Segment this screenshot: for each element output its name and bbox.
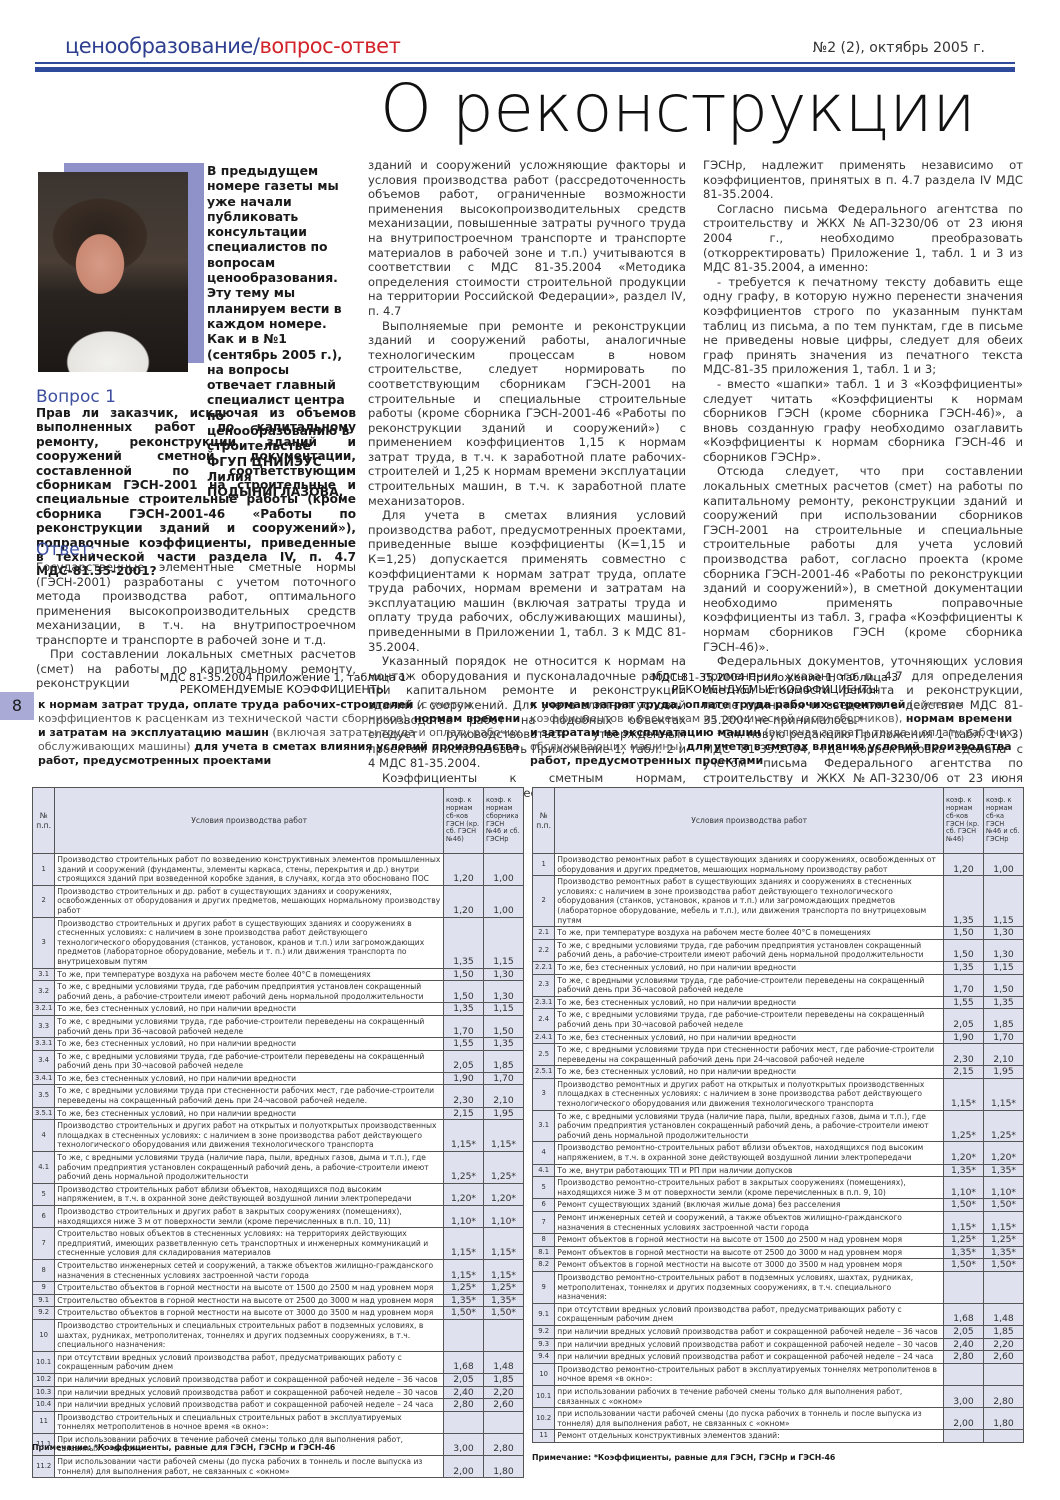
table-row: 2Производство строительных и др. работ в…: [33, 885, 524, 917]
row-coef-gesn: 2,30: [444, 1085, 484, 1107]
row-coef-gesn: 2,15: [444, 1107, 484, 1120]
subtitle-bold: к нормам затрат труда, оплате труда рабо…: [38, 698, 413, 711]
row-conditions: То же, без стесненных условий, но при на…: [55, 1072, 444, 1085]
table-row: 8Ремонт объектов в горной местности на в…: [533, 1234, 1024, 1247]
col-header-coef-gesn: коэф. к нормам сб-ков ГЭСН (кр. сб. ГЭСН…: [444, 788, 484, 854]
table1-caption-block: МДС 81-35.2004 Приложение 1, таблица 1 Р…: [38, 672, 528, 804]
row-conditions: Производство ремонтно-строительных работ…: [555, 1142, 944, 1164]
row-coef-gesn46: 1,20*: [484, 1183, 524, 1205]
row-number: 7: [533, 1212, 555, 1234]
row-coef-gesn: [944, 1430, 984, 1443]
row-coef-gesn: 1,25*: [444, 1282, 484, 1295]
row-coef-gesn46: 1,48: [984, 1303, 1024, 1325]
row-conditions: Ремонт объектов в горной местности на вы…: [555, 1259, 944, 1272]
row-conditions: при наличии вредных условий производства…: [55, 1386, 444, 1399]
row-coef-gesn46: 1,95: [984, 1066, 1024, 1079]
row-conditions: при отсутствии вредных условий производс…: [55, 1351, 444, 1373]
row-coef-gesn: 2,40: [444, 1386, 484, 1399]
row-number: 10.4: [33, 1399, 55, 1412]
row-number: 3: [33, 917, 55, 968]
table-row: 8Строительство инженерных сетей и сооруж…: [33, 1259, 524, 1281]
row-coef-gesn: 1,15*: [444, 1120, 484, 1152]
row-coef-gesn: 1,70: [944, 974, 984, 996]
col-header-conditions: Условия производства работ: [55, 788, 444, 854]
row-number: 11: [33, 1411, 55, 1433]
row-coef-gesn46: 1,35: [984, 996, 1024, 1009]
row-number: 3.2.1: [33, 1003, 55, 1016]
table-row: 9.2Строительство объектов в горной местн…: [33, 1307, 524, 1320]
row-number: 2.5: [533, 1044, 555, 1066]
row-coef-gesn46: 1,35*: [984, 1164, 1024, 1177]
row-conditions: То же, с вредными условиями труда, где р…: [555, 974, 944, 996]
table-row: 11.2При использовании части рабочей смен…: [33, 1456, 524, 1478]
row-number: 5: [533, 1177, 555, 1199]
row-number: 10.2: [533, 1408, 555, 1430]
table-row: 3.1То же, с вредными условиями труда (на…: [533, 1110, 1024, 1142]
row-coef-gesn46: 1,15*: [984, 1078, 1024, 1110]
col-header-number: № п.п.: [33, 788, 55, 854]
author-photo: [38, 172, 188, 372]
row-coef-gesn46: 1,50: [984, 974, 1024, 996]
row-coef-gesn46: 1,10*: [984, 1177, 1024, 1199]
row-coef-gesn46: 1,15: [984, 961, 1024, 974]
row-coef-gesn46: 1,25*: [984, 1110, 1024, 1142]
row-coef-gesn: 1,20*: [444, 1183, 484, 1205]
row-coef-gesn: 1,35: [944, 961, 984, 974]
row-coef-gesn46: 1,25*: [484, 1152, 524, 1184]
table-row: 10Производство строительных и специальны…: [33, 1319, 524, 1351]
row-number: 2.3: [533, 974, 555, 996]
table3-note: Примечание: *Коэффициенты, равные для ГЭ…: [532, 1453, 835, 1462]
table-row: 3.4То же, с вредными условиями труда, гд…: [33, 1050, 524, 1072]
row-conditions: Производство строительных работ вблизи о…: [55, 1183, 444, 1205]
row-coef-gesn: 1,15*: [944, 1078, 984, 1110]
row-number: 11: [533, 1430, 555, 1443]
row-number: 2.4: [533, 1009, 555, 1031]
table-row: 9.4при наличии вредных условий производс…: [533, 1351, 1024, 1364]
row-coef-gesn: 1,90: [444, 1072, 484, 1085]
table-row: 10.4при наличии вредных условий производ…: [33, 1399, 524, 1412]
table-row: 9Производство ремонтно-строительных рабо…: [533, 1271, 1024, 1303]
row-conditions: Производство строительных и других работ…: [55, 1206, 444, 1228]
col-header-number: № п.п.: [533, 788, 555, 854]
page-number: 8: [0, 692, 34, 720]
table-row: 4Производство ремонтно-строительных рабо…: [533, 1142, 1024, 1164]
rubric-subsection: вопрос-ответ: [259, 34, 400, 58]
body-paragraph: ГЭСНр, надлежит применять независимо от …: [703, 158, 1023, 202]
row-number: 10.1: [533, 1385, 555, 1407]
row-conditions: при наличии вредных условий производства…: [555, 1325, 944, 1338]
row-coef-gesn: 1,15*: [444, 1259, 484, 1281]
table-row: 6Производство строительных и других рабо…: [33, 1206, 524, 1228]
table-row: 9.3при наличии вредных условий производс…: [533, 1338, 1024, 1351]
table-row: 5Производство строительных работ вблизи …: [33, 1183, 524, 1205]
row-number: 10: [533, 1363, 555, 1385]
row-coef-gesn46: 2,60: [484, 1399, 524, 1412]
answer-heading: Ответ:: [36, 540, 95, 560]
row-coef-gesn46: 1,30: [984, 927, 1024, 940]
row-conditions: То же, с вредными условиями труда при ст…: [555, 1044, 944, 1066]
table-row: 7Строительство новых объектов в стесненн…: [33, 1228, 524, 1260]
table-row: 1Производство строительных работ по возв…: [33, 854, 524, 886]
row-coef-gesn: 1,35: [444, 917, 484, 968]
row-conditions: Производство ремонтных работ в существую…: [555, 876, 944, 927]
row-coef-gesn: [444, 1411, 484, 1433]
row-number: 1: [33, 854, 55, 886]
row-coef-gesn46: 1,48: [484, 1351, 524, 1373]
row-conditions: Производство строительных и др. работ в …: [55, 885, 444, 917]
row-coef-gesn: 1,15*: [444, 1228, 484, 1260]
table-row: 7Ремонт инженерных сетей и сооружений, а…: [533, 1212, 1024, 1234]
row-conditions: То же, без стесненных условий, но при на…: [555, 1031, 944, 1044]
row-number: 3.1: [533, 1110, 555, 1142]
row-coef-gesn46: [484, 1411, 524, 1433]
article-title: О реконструкции: [380, 76, 975, 142]
table-row: 3.1То же, при температуре воздуха на раб…: [33, 968, 524, 981]
table-header-row: № п.п. Условия производства работ коэф. …: [33, 788, 524, 854]
table-row: 2.2То же, с вредными условиями труда, гд…: [533, 939, 1024, 961]
row-conditions: Производство строительных работ по возве…: [55, 854, 444, 886]
row-conditions: Строительство объектов в горной местност…: [55, 1282, 444, 1295]
col-header-coef-gesn46: коэф. к нормам сборника ГЭСН №46 и сб. Г…: [484, 788, 524, 854]
subtitle-bold: к нормам затрат труда, оплате труда рабо…: [530, 698, 905, 711]
row-coef-gesn: 1,50*: [944, 1199, 984, 1212]
row-coef-gesn46: 1,50*: [984, 1199, 1024, 1212]
row-number: 3.4.1: [33, 1072, 55, 1085]
body-paragraph: - вместо «шапки» табл. 1 и 3 «Коэффициен…: [703, 377, 1023, 465]
row-conditions: Производство ремонтно-строительных работ…: [555, 1177, 944, 1199]
row-conditions: при наличии вредных условий производства…: [55, 1399, 444, 1412]
row-coef-gesn: 1,50*: [444, 1307, 484, 1320]
row-coef-gesn46: 1,35: [484, 1038, 524, 1051]
table-row: 9.2при наличии вредных условий производс…: [533, 1325, 1024, 1338]
row-conditions: При использовании части рабочей смены (д…: [55, 1456, 444, 1478]
page-header: ценообразование/вопрос-ответ №2 (2), окт…: [35, 34, 1015, 74]
row-number: 2.2: [533, 939, 555, 961]
row-conditions: при отсутствии вредных условий производс…: [555, 1303, 944, 1325]
row-coef-gesn: 2,30: [944, 1044, 984, 1066]
row-coef-gesn: 2,05: [944, 1009, 984, 1031]
row-number: 3.3: [33, 1015, 55, 1037]
row-coef-gesn: 2,05: [444, 1373, 484, 1386]
body-paragraph: зданий и сооружений усложняющие факторы …: [368, 158, 686, 319]
row-coef-gesn: 1,90: [944, 1031, 984, 1044]
row-number: 10.3: [33, 1386, 55, 1399]
row-conditions: То же, без стесненных условий, но при на…: [55, 1003, 444, 1016]
row-coef-gesn46: 1,70: [984, 1031, 1024, 1044]
table-row: 2.3.1То же, без стесненных условий, но п…: [533, 996, 1024, 1009]
row-number: 9.1: [33, 1294, 55, 1307]
row-number: 10.2: [33, 1373, 55, 1386]
row-conditions: То же, с вредными условиями труда, где р…: [55, 981, 444, 1003]
table-row: 10.3при наличии вредных условий производ…: [33, 1386, 524, 1399]
table-row: 10.2при использовании части рабочей смен…: [533, 1408, 1024, 1430]
table-row: 8.1Ремонт объектов в горной местности на…: [533, 1246, 1024, 1259]
row-coef-gesn46: 2,60: [984, 1351, 1024, 1364]
row-conditions: при использовании части рабочей смены (д…: [555, 1408, 944, 1430]
row-coef-gesn46: 1,70: [484, 1072, 524, 1085]
row-coef-gesn: 3,00: [944, 1385, 984, 1407]
rubric-section: ценообразование/: [65, 34, 259, 58]
table-row: 10.1при использовании рабочих в течение …: [533, 1385, 1024, 1407]
row-number: 10.1: [33, 1351, 55, 1373]
body-paragraph: Для учета в сметах влияния условий произ…: [368, 508, 686, 654]
row-conditions: Производство строительных и других работ…: [55, 1120, 444, 1152]
row-coef-gesn46: 1,95: [484, 1107, 524, 1120]
row-coef-gesn46: 1,15: [484, 917, 524, 968]
table-row: 3.4.1То же, без стесненных условий, но п…: [33, 1072, 524, 1085]
row-coef-gesn: [444, 1319, 484, 1351]
row-number: 2.1: [533, 927, 555, 940]
table-row: 1Производство ремонтных работ в существу…: [533, 854, 1024, 876]
row-number: 6: [33, 1206, 55, 1228]
row-number: 11.2: [33, 1456, 55, 1478]
table-row: 3.3То же, с вредными условиями труда, гд…: [33, 1015, 524, 1037]
row-conditions: при использовании рабочих в течение рабо…: [555, 1385, 944, 1407]
row-conditions: Ремонт отдельных конструктивных элементо…: [555, 1430, 944, 1443]
row-coef-gesn46: 1,15*: [484, 1228, 524, 1260]
row-coef-gesn46: 2,10: [984, 1044, 1024, 1066]
row-conditions: То же, с вредными условиями труда (налич…: [55, 1152, 444, 1184]
table-row: 9.1Строительство объектов в горной местн…: [33, 1294, 524, 1307]
table-row: 3.2.1То же, без стесненных условий, но п…: [33, 1003, 524, 1016]
row-number: 2.3.1: [533, 996, 555, 1009]
table-row: 3.5То же, с вредными условиями труда при…: [33, 1085, 524, 1107]
table-row: 4Производство строительных и других рабо…: [33, 1120, 524, 1152]
table-row: 2.5.1То же, без стесненных условий, но п…: [533, 1066, 1024, 1079]
coefficients-table-1: № п.п. Условия производства работ коэф. …: [32, 787, 524, 1478]
row-coef-gesn46: 1,15*: [484, 1120, 524, 1152]
row-coef-gesn: 2,40: [944, 1338, 984, 1351]
row-coef-gesn: 1,55: [944, 996, 984, 1009]
table-row: 2.3То же, с вредными условиями труда, гд…: [533, 974, 1024, 996]
row-coef-gesn: 1,55: [444, 1038, 484, 1051]
issue-number: №2 (2), октябрь 2005 г.: [813, 40, 985, 56]
row-coef-gesn: 2,05: [444, 1050, 484, 1072]
table-row: 2.5То же, с вредными условиями труда при…: [533, 1044, 1024, 1066]
row-coef-gesn: 1,68: [444, 1351, 484, 1373]
row-number: 3.5: [33, 1085, 55, 1107]
row-coef-gesn: 1,20: [944, 854, 984, 876]
row-coef-gesn46: 1,00: [484, 854, 524, 886]
row-number: 3.5.1: [33, 1107, 55, 1120]
question-heading: Вопрос 1: [36, 387, 116, 407]
row-coef-gesn: 2,05: [944, 1325, 984, 1338]
row-coef-gesn: 2,15: [944, 1066, 984, 1079]
row-number: 8: [533, 1234, 555, 1247]
row-conditions: при наличии вредных условий производства…: [55, 1373, 444, 1386]
row-coef-gesn: 1,50*: [944, 1259, 984, 1272]
row-number: 4.1: [33, 1152, 55, 1184]
body-paragraph: Отсюда следует, что при составлении лока…: [703, 464, 1023, 654]
table-row: 10Производство ремонтно-строительных раб…: [533, 1363, 1024, 1385]
row-conditions: Производство ремонтных и других работ на…: [555, 1078, 944, 1110]
table-row: 8.2Ремонт объектов в горной местности на…: [533, 1259, 1024, 1272]
row-conditions: То же, без стесненных условий, но при на…: [55, 1038, 444, 1051]
row-conditions: То же, с вредными условиями труда при ст…: [55, 1085, 444, 1107]
table3-caption-title: РЕКОМЕНДУЕМЫЕ КОЭФФИЦИЕНТЫ: [530, 684, 1020, 696]
row-coef-gesn46: 2,80: [984, 1385, 1024, 1407]
row-conditions: Производство ремонтных работ в существую…: [555, 854, 944, 876]
row-number: 2.4.1: [533, 1031, 555, 1044]
row-coef-gesn: 1,70: [444, 1015, 484, 1037]
row-number: 4: [533, 1142, 555, 1164]
row-coef-gesn46: [484, 1319, 524, 1351]
row-coef-gesn46: 1,00: [984, 854, 1024, 876]
row-conditions: То же, с вредными условиями труда, где р…: [555, 939, 944, 961]
row-number: 3.3.1: [33, 1038, 55, 1051]
row-coef-gesn: 3,00: [444, 1433, 484, 1455]
row-coef-gesn: 1,35*: [444, 1294, 484, 1307]
row-conditions: Ремонт объектов в горной местности на вы…: [555, 1234, 944, 1247]
row-coef-gesn46: 1,30: [984, 939, 1024, 961]
row-coef-gesn: 1,50: [944, 927, 984, 940]
row-coef-gesn46: 1,35*: [484, 1294, 524, 1307]
row-coef-gesn: 1,50: [944, 939, 984, 961]
row-coef-gesn: 2,00: [444, 1456, 484, 1478]
row-number: 9.2: [33, 1307, 55, 1320]
header-rule-thin: [35, 62, 1015, 64]
row-conditions: То же, с вредными условиями труда, где р…: [55, 1015, 444, 1037]
table-row: 2.1То же, при температуре воздуха на раб…: [533, 927, 1024, 940]
row-coef-gesn: 1,10*: [944, 1177, 984, 1199]
row-conditions: То же, при температуре воздуха на рабоче…: [55, 968, 444, 981]
row-number: 1: [533, 854, 555, 876]
row-coef-gesn46: 1,00: [484, 885, 524, 917]
row-coef-gesn46: 1,20*: [984, 1142, 1024, 1164]
row-number: 3.4: [33, 1050, 55, 1072]
row-conditions: Производство строительных и специальных …: [55, 1411, 444, 1433]
row-conditions: Строительство новых объектов в стесненны…: [55, 1228, 444, 1260]
row-coef-gesn: 1,25*: [444, 1152, 484, 1184]
table-row: 10.2при наличии вредных условий производ…: [33, 1373, 524, 1386]
row-number: 2: [533, 876, 555, 927]
row-coef-gesn: 1,25*: [944, 1234, 984, 1247]
table-row: 6Ремонт существующих зданий (включая жил…: [533, 1199, 1024, 1212]
row-coef-gesn: 2,80: [444, 1399, 484, 1412]
row-coef-gesn: 1,20*: [944, 1142, 984, 1164]
row-coef-gesn46: 1,15*: [484, 1259, 524, 1281]
table-row: 3.3.1То же, без стесненных условий, но п…: [33, 1038, 524, 1051]
col-header-coef-gesn: коэф. к нормам сб-ков ГЭСН (кр. сб. ГЭСН…: [944, 788, 984, 854]
row-coef-gesn46: 1,15*: [984, 1212, 1024, 1234]
row-coef-gesn: 1,35*: [944, 1246, 984, 1259]
row-number: 9.3: [533, 1338, 555, 1351]
table-row: 2Производство ремонтных работ в существу…: [533, 876, 1024, 927]
row-conditions: Ремонт инженерных сетей и сооружений, а …: [555, 1212, 944, 1234]
row-coef-gesn: 1,35*: [944, 1164, 984, 1177]
body-paragraph: - требуется к печатному тексту добавить …: [703, 275, 1023, 377]
row-number: 9.4: [533, 1351, 555, 1364]
row-coef-gesn: 1,50: [444, 968, 484, 981]
row-coef-gesn: 1,20: [444, 885, 484, 917]
row-conditions: Ремонт объектов в горной местности на вы…: [555, 1246, 944, 1259]
row-conditions: То же, без стесненных условий, но при на…: [55, 1107, 444, 1120]
answer-paragraph: Государственные элементные сметные нормы…: [36, 560, 356, 647]
row-number: 9: [533, 1271, 555, 1303]
table-row: 4.1То же, с вредными условиями труда (на…: [33, 1152, 524, 1184]
row-conditions: Строительство объектов в горной местност…: [55, 1307, 444, 1320]
row-coef-gesn46: 1,85: [484, 1050, 524, 1072]
row-number: 4.1: [533, 1164, 555, 1177]
row-coef-gesn46: 1,30: [484, 968, 524, 981]
row-conditions: То же, без стесненных условий, но при на…: [555, 996, 944, 1009]
table-row: 3.2То же, с вредными условиями труда, гд…: [33, 981, 524, 1003]
row-coef-gesn: [944, 1271, 984, 1303]
row-coef-gesn: 1,68: [944, 1303, 984, 1325]
row-coef-gesn: 1,25*: [944, 1110, 984, 1142]
row-number: 8.2: [533, 1259, 555, 1272]
row-number: 7: [33, 1228, 55, 1260]
table-row: 4.1То же, внутри работающих ТП и РП при …: [533, 1164, 1024, 1177]
table1-note: Примечание: *Коэффициенты, равные для ГЭ…: [32, 1443, 335, 1452]
row-coef-gesn46: 1,25*: [484, 1282, 524, 1295]
row-number: 2.2.1: [533, 961, 555, 974]
body-paragraph: Выполняемые при ремонте и реконструкции …: [368, 319, 686, 509]
row-number: 10: [33, 1319, 55, 1351]
row-coef-gesn46: 2,20: [484, 1386, 524, 1399]
row-number: 4: [33, 1120, 55, 1152]
row-coef-gesn46: 1,30: [484, 981, 524, 1003]
row-number: 3.2: [33, 981, 55, 1003]
row-coef-gesn: 1,20: [444, 854, 484, 886]
coefficients-table-3: № п.п. Условия производства работ коэф. …: [532, 787, 1024, 1443]
row-coef-gesn46: 1,85: [984, 1325, 1024, 1338]
table-row: 3Производство ремонтных и других работ н…: [533, 1078, 1024, 1110]
row-conditions: при наличии вредных условий производства…: [555, 1338, 944, 1351]
row-conditions: То же, с вредными условиями труда, где р…: [555, 1009, 944, 1031]
row-coef-gesn46: [984, 1271, 1024, 1303]
row-coef-gesn: 1,10*: [444, 1206, 484, 1228]
table-row: 11Ремонт отдельных конструктивных элемен…: [533, 1430, 1024, 1443]
row-coef-gesn46: 1,85: [984, 1009, 1024, 1031]
rubric: ценообразование/вопрос-ответ: [65, 34, 400, 58]
table-row: 2.2.1То же, без стесненных условий, но п…: [533, 961, 1024, 974]
table-header-row: № п.п. Условия производства работ коэф. …: [533, 788, 1024, 854]
row-conditions: Производство строительных и специальных …: [55, 1319, 444, 1351]
row-coef-gesn46: 1,10*: [484, 1206, 524, 1228]
table1-caption-title: РЕКОМЕНДУЕМЫЕ КОЭФФИЦИЕНТЫ: [38, 684, 528, 696]
row-coef-gesn46: 2,10: [484, 1085, 524, 1107]
row-coef-gesn: 1,35: [944, 876, 984, 927]
row-coef-gesn46: 1,50: [484, 1015, 524, 1037]
row-number: 9.1: [533, 1303, 555, 1325]
row-number: 9: [33, 1282, 55, 1295]
row-coef-gesn46: 1,80: [484, 1456, 524, 1478]
row-coef-gesn46: 1,35*: [984, 1246, 1024, 1259]
row-coef-gesn46: 2,80: [484, 1433, 524, 1455]
row-coef-gesn: 2,80: [944, 1351, 984, 1364]
row-number: 8.1: [533, 1246, 555, 1259]
row-conditions: Строительство инженерных сетей и сооруже…: [55, 1259, 444, 1281]
col-header-conditions: Условия производства работ: [555, 788, 944, 854]
row-coef-gesn46: 1,25*: [984, 1234, 1024, 1247]
row-coef-gesn46: [984, 1363, 1024, 1385]
row-coef-gesn46: 2,20: [984, 1338, 1024, 1351]
row-conditions: Строительство объектов в горной местност…: [55, 1294, 444, 1307]
row-conditions: Производство ремонтно-строительных работ…: [555, 1363, 944, 1385]
table-row: 3Производство строительных и других рабо…: [33, 917, 524, 968]
table-row: 11Производство строительных и специальны…: [33, 1411, 524, 1433]
row-coef-gesn46: 1,85: [484, 1373, 524, 1386]
table1-subtitle: к нормам затрат труда, оплате труда рабо…: [38, 698, 528, 768]
table-row: 9Строительство объектов в горной местнос…: [33, 1282, 524, 1295]
row-coef-gesn46: 1,15: [984, 876, 1024, 927]
row-conditions: То же, при температуре воздуха на рабоче…: [555, 927, 944, 940]
row-number: 3: [533, 1078, 555, 1110]
table3-subtitle: к нормам затрат труда, оплате труда рабо…: [530, 698, 1020, 768]
row-coef-gesn46: [984, 1430, 1024, 1443]
